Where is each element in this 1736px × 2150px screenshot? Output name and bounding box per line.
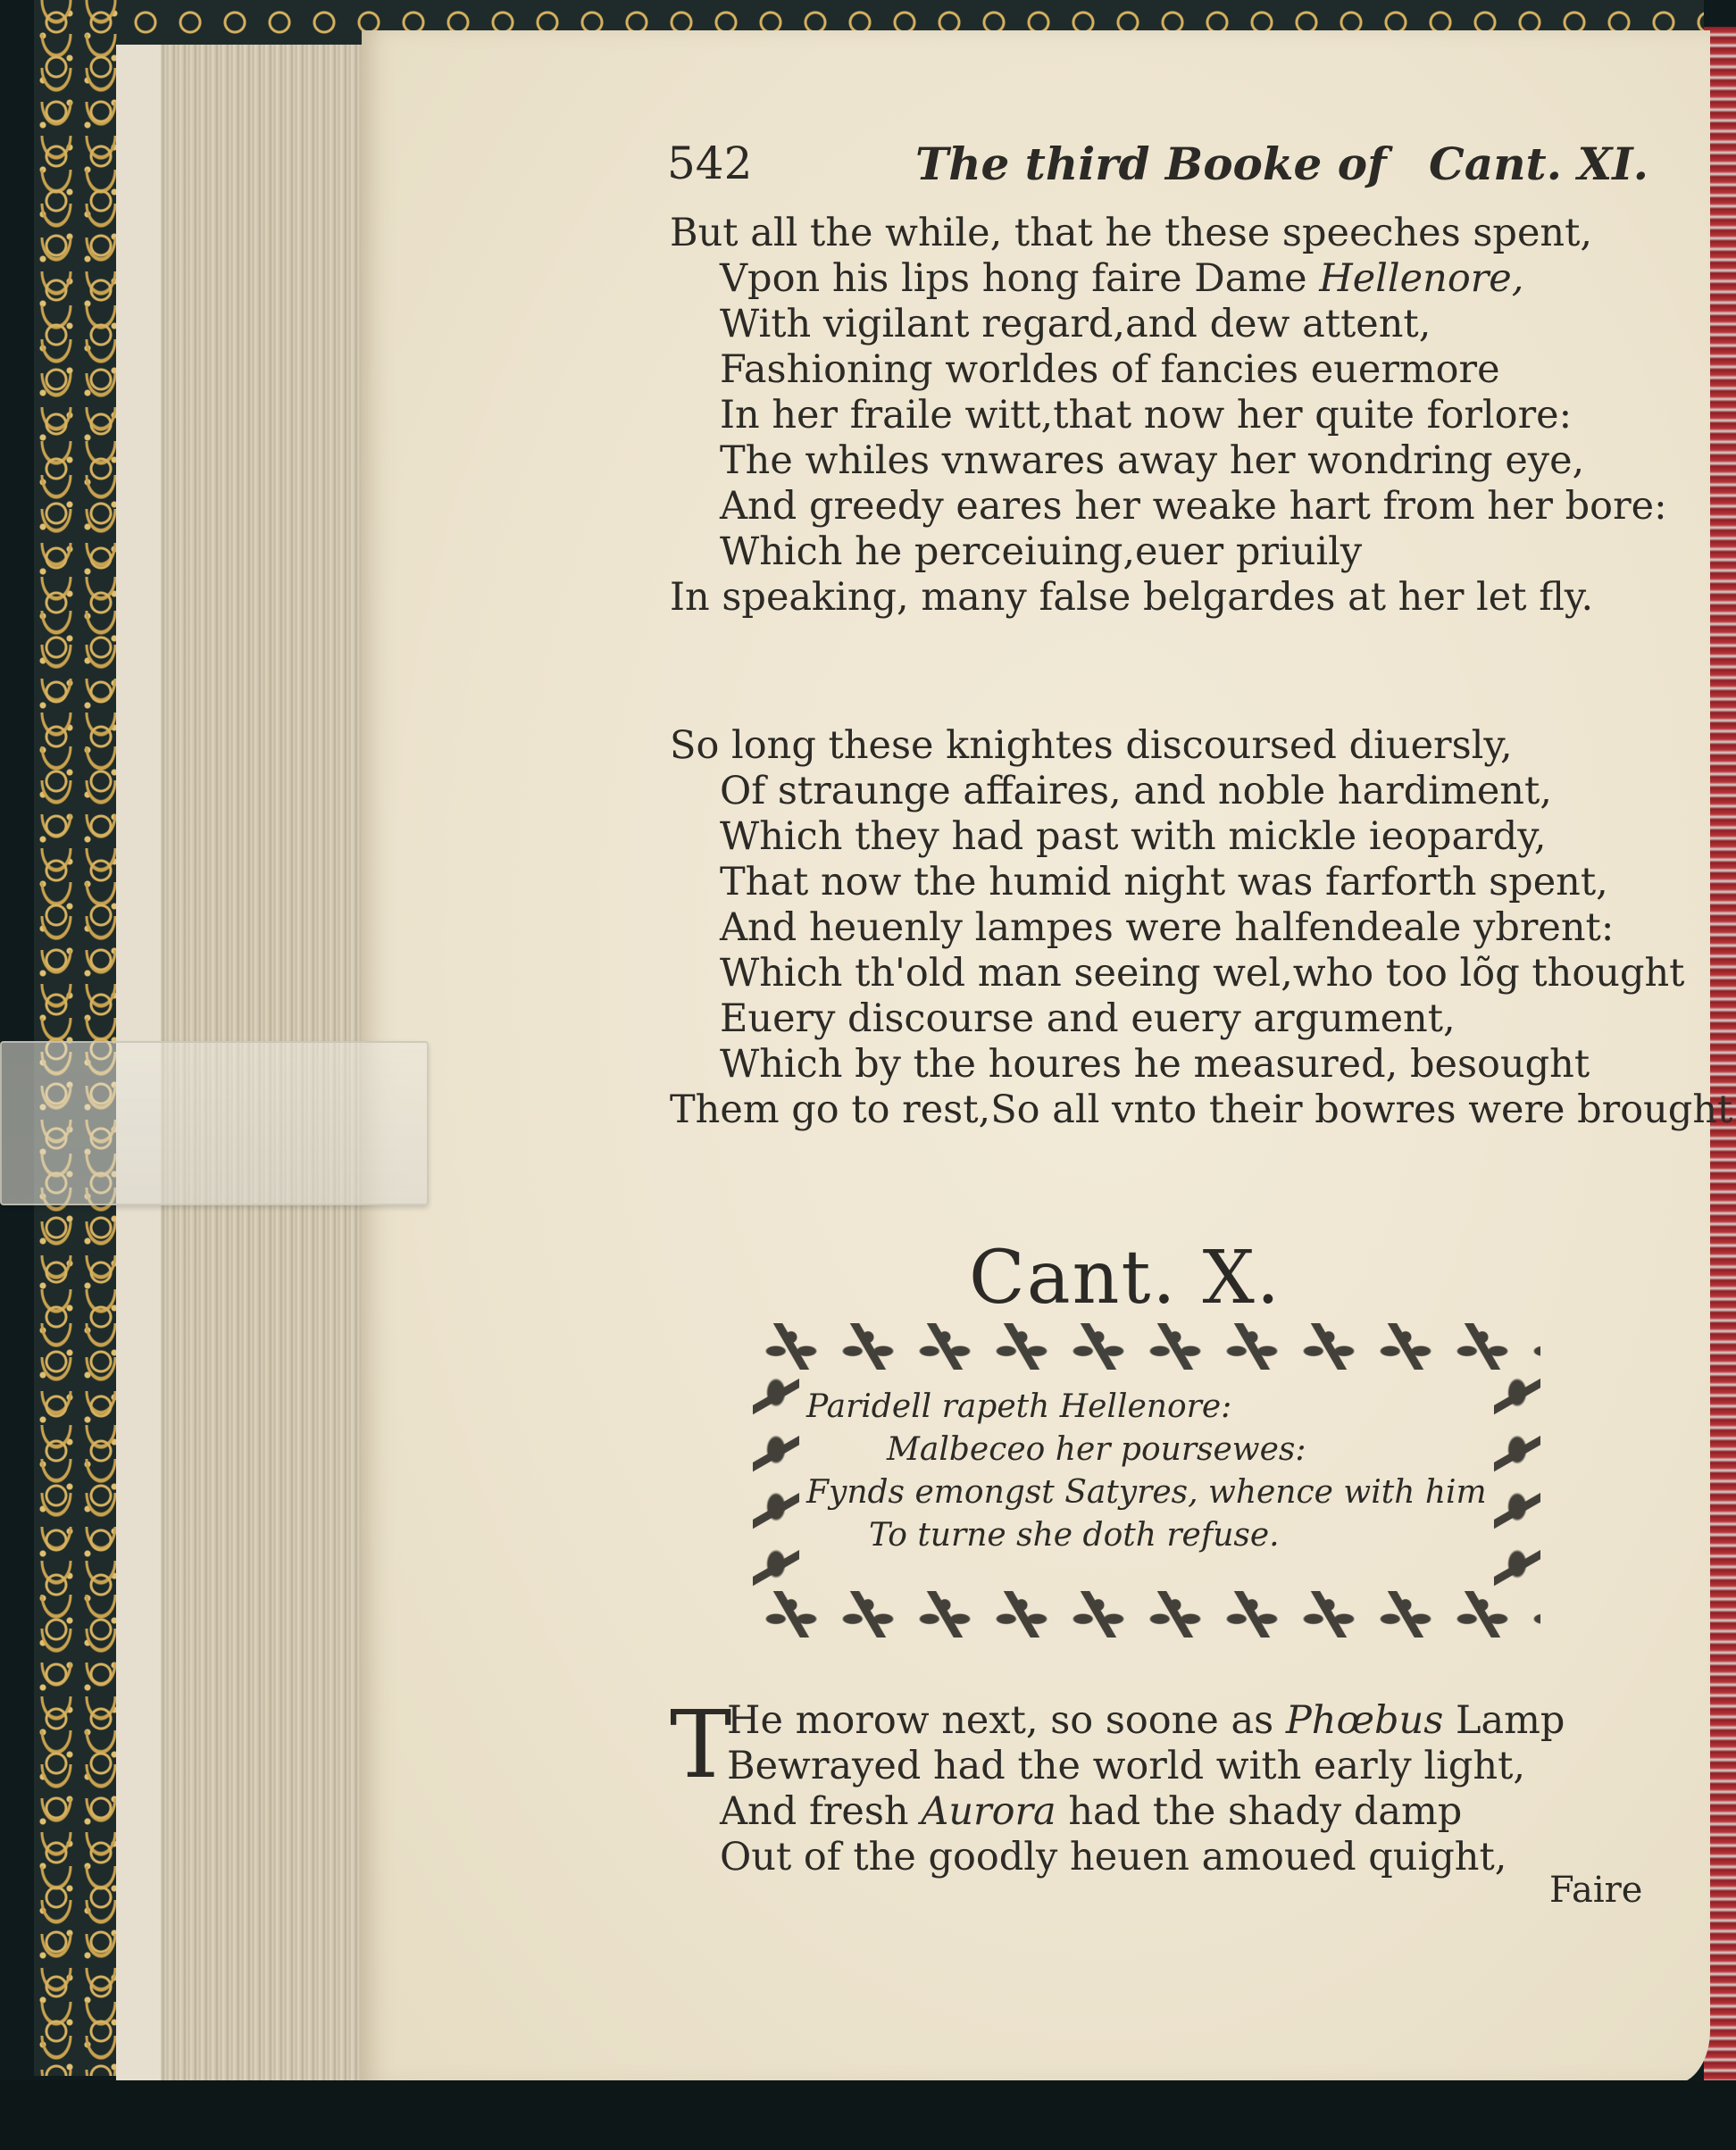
book-page: 542 The third Booke of Cant. XI. But all… bbox=[362, 30, 1710, 2084]
verse-line: The whiles vnwares away her wondring eye… bbox=[670, 438, 1667, 484]
verse-line: But all the while, that he these speeche… bbox=[670, 211, 1667, 256]
verse-line: Of straunge affaires, and noble hardimen… bbox=[670, 769, 1736, 814]
name-hellenore: Hellenore, bbox=[1319, 256, 1523, 301]
running-head: 542 The third Booke of Cant. XI. bbox=[362, 137, 1710, 209]
verse-line: With vigilant regard,and dew attent, bbox=[670, 302, 1667, 347]
verse-line: Fashioning worldes of fancies euermore bbox=[670, 347, 1667, 393]
page-number: 542 bbox=[667, 137, 752, 189]
verse-line: And greedy eares her weake hart from her… bbox=[670, 484, 1667, 529]
canto-argument-box: Paridell rapeth Hellenore: Malbeceo her … bbox=[753, 1323, 1540, 1645]
verse-line: And heuenly lampes were halfendeale ybre… bbox=[670, 905, 1736, 951]
verse-line: Which they had past with mickle ieopardy… bbox=[670, 814, 1736, 860]
ornament-border-right bbox=[1494, 1370, 1540, 1600]
argument-line: Paridell rapeth Hellenore: bbox=[806, 1386, 1487, 1429]
stanza-3: He morow next, so soone as Phœbus Lamp B… bbox=[670, 1698, 1565, 1880]
argument-line: Malbeceo her poursewes: bbox=[806, 1429, 1487, 1471]
stanza-1: But all the while, that he these speeche… bbox=[670, 211, 1667, 621]
argument-line: To turne she doth refuse. bbox=[806, 1514, 1487, 1557]
verse-line: In her fraile witt,that now her quite fo… bbox=[670, 393, 1667, 438]
running-canto: Cant. XI. bbox=[1429, 137, 1648, 190]
ornament-border-left bbox=[753, 1370, 799, 1600]
verse-line: Bewrayed had the world with early light, bbox=[670, 1744, 1565, 1789]
stanza-2: So long these knightes discoursed diuers… bbox=[670, 723, 1736, 1133]
verse-line: Which th'old man seeing wel,who too lõg … bbox=[670, 951, 1736, 996]
running-title: The third Booke of bbox=[915, 137, 1387, 190]
verse-line: Which he perceiuing,euer priuily bbox=[670, 529, 1667, 575]
ornament-border-top bbox=[753, 1323, 1540, 1370]
verse-line: Vpon his lips hong faire Dame Hellenore, bbox=[670, 256, 1667, 302]
catchword: Faire bbox=[1549, 1870, 1642, 1911]
verse-line: He morow next, so soone as Phœbus Lamp bbox=[670, 1698, 1565, 1744]
verse-line: Euery discourse and euery argument, bbox=[670, 996, 1736, 1042]
ornament-border-bottom bbox=[753, 1591, 1540, 1637]
canto-heading: Cant. X. bbox=[969, 1236, 1281, 1321]
verse-line: Out of the goodly heuen amoued quight, bbox=[670, 1835, 1565, 1880]
argument-line: Fynds emongst Satyres, whence with him bbox=[806, 1471, 1487, 1514]
verse-line: And fresh Aurora had the shady damp bbox=[670, 1789, 1565, 1835]
verse-line: In speaking, many false belgardes at her… bbox=[670, 575, 1667, 621]
plastic-page-clip bbox=[0, 1041, 429, 1205]
canto-argument: Paridell rapeth Hellenore: Malbeceo her … bbox=[806, 1386, 1487, 1557]
verse-line: Them go to rest,So all vnto their bowres… bbox=[670, 1087, 1736, 1133]
gilt-cover-edge bbox=[34, 0, 123, 2076]
verse-line: That now the humid night was farforth sp… bbox=[670, 860, 1736, 905]
verse-line: Which by the houres he measured, besough… bbox=[670, 1042, 1736, 1087]
background-surface bbox=[0, 2080, 1736, 2150]
verse-line: So long these knightes discoursed diuers… bbox=[670, 723, 1736, 769]
